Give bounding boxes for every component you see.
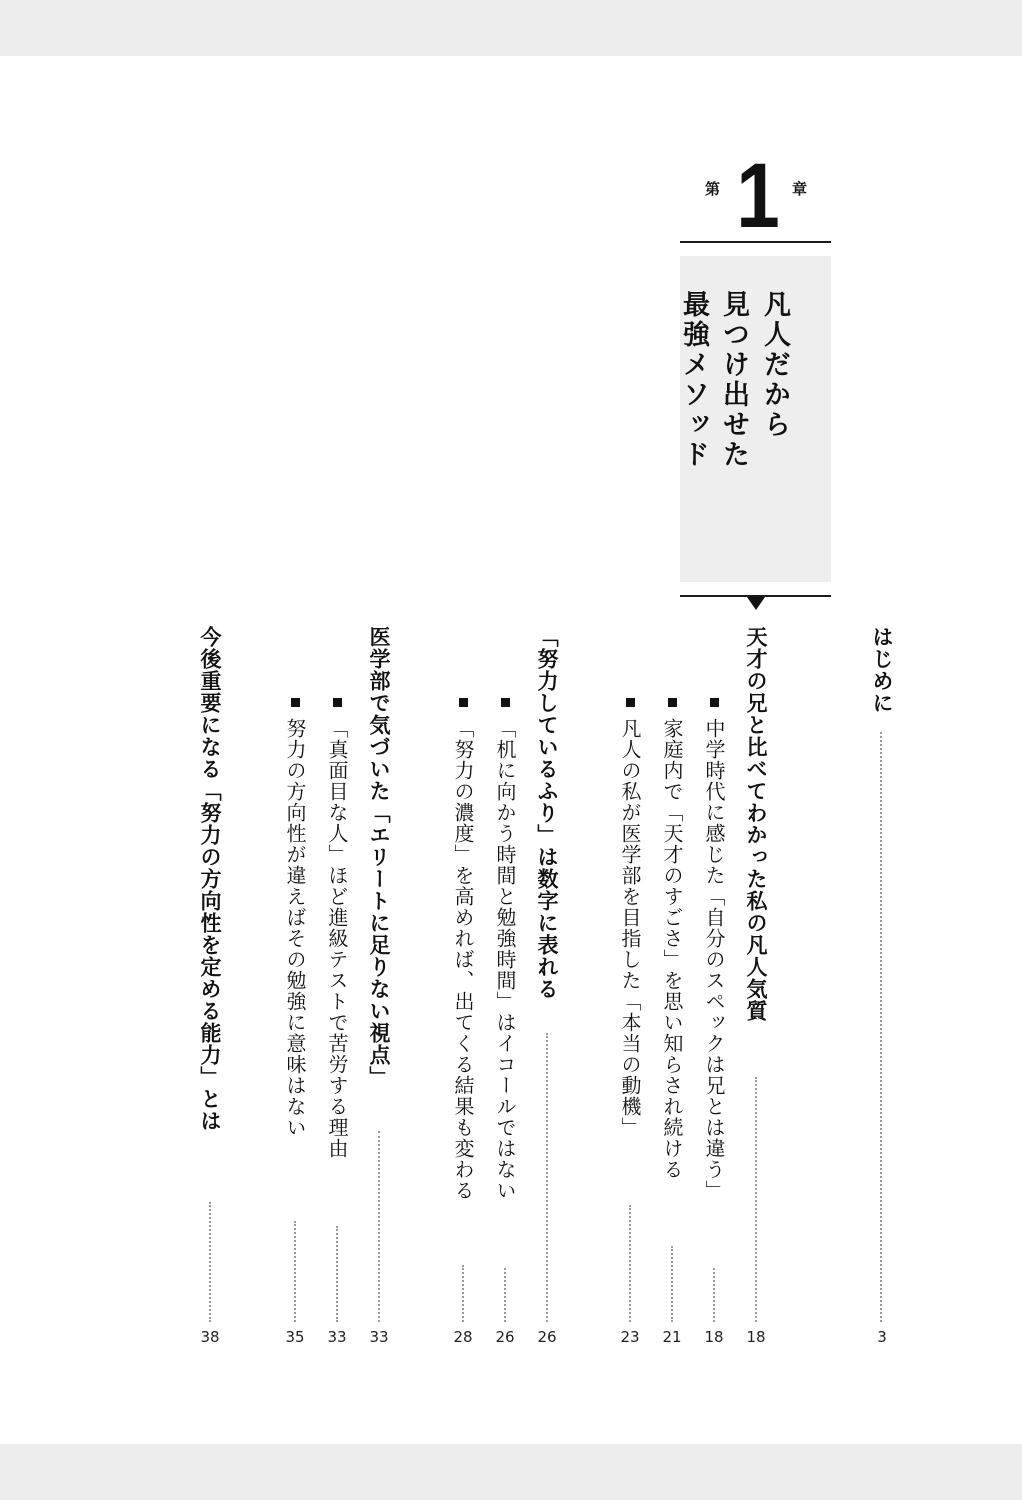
toc-page-number: 26 [527,1328,567,1346]
toc-page-number: 38 [190,1328,230,1346]
toc-entry-text[interactable]: 努力の方向性が違えばその勉強に意味はない [285,718,305,1138]
dot-leader [294,1221,296,1322]
bullet-square-icon [291,698,300,707]
chapter-prefix: 第 [705,178,720,199]
dot-leader [671,1246,673,1322]
bullet-square-icon [459,698,468,707]
toc-page-number: 3 [862,1328,902,1346]
toc-page-number: 18 [736,1328,776,1346]
dot-leader [713,1268,715,1322]
chapter-title-line-1: 凡人だから [761,290,788,440]
bottom-margin-band [0,1444,1022,1500]
toc-entry-text[interactable]: 「机に向かう時間と勉強時間」はイコールではない [495,718,515,1201]
chapter-number: 1 [734,150,782,242]
bullet-square-icon [501,698,510,707]
chapter-title-box: 凡人だから 見つけ出せた 最強メソッド [680,256,831,582]
dot-leader [880,732,882,1322]
dot-leader [378,1131,380,1322]
bullet-square-icon [333,698,342,707]
toc-entry-text[interactable]: 家庭内で「天才のすごさ」を思い知らされ続ける [662,718,682,1180]
toc-entry-text[interactable]: 「努力の濃度」を高めれば、出てくる結果も変わる [453,718,473,1201]
toc-page-number: 23 [610,1328,650,1346]
toc-entry-text[interactable]: はじめに [871,626,892,714]
top-margin-band [0,0,1022,56]
toc-page-number: 21 [652,1328,692,1346]
toc-entry-text[interactable]: 「真面目な人」ほど進級テストで苦労する理由 [327,718,347,1159]
toc-page-number: 26 [485,1328,525,1346]
chapter-suffix: 章 [792,178,807,199]
toc-entry-text[interactable]: 今後重要になる「努力の方向性を定める能力」とは [199,626,220,1132]
toc-entry-text[interactable]: 凡人の私が医学部を目指した「本当の動機」 [620,718,640,1138]
toc-page-number: 35 [275,1328,315,1346]
toc-page-number: 18 [694,1328,734,1346]
top-rule [680,241,831,243]
dot-leader [209,1202,211,1322]
dot-leader [629,1205,631,1322]
down-triangle-icon [747,597,765,610]
toc-entry-text[interactable]: 医学部で気づいた「エリートに足りない視点」 [368,626,389,1088]
dot-leader [336,1226,338,1322]
toc-page-number: 28 [443,1328,483,1346]
dot-leader [546,1033,548,1322]
toc-entry-text[interactable]: 「努力しているふり」は数字に表れる [536,626,557,1000]
dot-leader [755,1077,757,1322]
toc-page-number: 33 [359,1328,399,1346]
toc-entry-text[interactable]: 天才の兄と比べてわかった私の凡人気質 [745,626,766,1022]
bullet-square-icon [710,698,719,707]
bullet-square-icon [626,698,635,707]
dot-leader [462,1265,464,1322]
toc-page-number: 33 [317,1328,357,1346]
toc-entry-text[interactable]: 中学時代に感じた「自分のスペックは兄とは違う」 [704,718,724,1201]
bullet-square-icon [668,698,677,707]
dot-leader [504,1268,506,1322]
chapter-title-line-3: 最強メソッド [680,290,707,470]
chapter-title-line-2: 見つけ出せた [720,290,747,470]
